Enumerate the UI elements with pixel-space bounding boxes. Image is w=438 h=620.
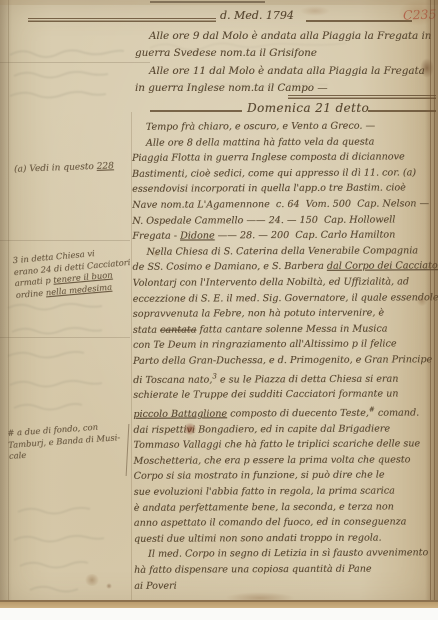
entry-english-frigate: Alle ore 11 dal Molo è andata alla Piagg…	[135, 63, 435, 97]
manuscript-line: stata cantata fatta cantare solenne Mess…	[133, 321, 433, 338]
page-fold-line	[131, 112, 132, 606]
header-rule-left	[28, 18, 216, 22]
gutter-crease	[8, 0, 9, 608]
manuscript-line: hà fatto dispensare una copiosa quantità…	[134, 561, 434, 578]
margin-note-bracket	[126, 424, 130, 476]
margin-ghost-rule	[0, 337, 130, 338]
gutter-shadow	[0, 0, 12, 608]
manuscript-line: Fregata - Didone —— 28. — 200 Cap. Carlo…	[132, 227, 432, 244]
manuscript-line: Alle ore 9 dal Molo è andata alla Piaggi…	[135, 28, 435, 45]
manuscript-line: Nella Chiesa di S. Caterina della Venera…	[132, 243, 432, 260]
entry-swedish-frigate: Alle ore 9 dal Molo è andata alla Piaggi…	[135, 28, 435, 62]
heading-dash-left	[150, 110, 242, 112]
manuscript-line: guerra Svedese nom.ta il Grisifone	[135, 45, 435, 62]
manuscript-line: Tommaso Vallaggi che hà fatto le triplic…	[133, 436, 433, 453]
heading-rule-above	[288, 95, 436, 99]
manuscript-line: ai Poveri	[134, 577, 434, 594]
manuscript-line: Moschetteria, che era p essere la prima …	[134, 452, 434, 469]
manuscript-line: eccezzione di S. E. il med. Sig. Governa…	[133, 290, 433, 307]
manuscript-body: Tempo frà chiaro, e oscuro, e Vento a Gr…	[132, 118, 434, 594]
manuscript-line: schierate le Truppe dei sudditi Cacciato…	[133, 386, 433, 403]
manuscript-line: Nave nom.ta L'Agamennone c. 64 Vom. 500 …	[132, 196, 432, 213]
previous-page-edge	[150, 1, 265, 3]
header-rule-right	[306, 20, 412, 22]
stain	[106, 583, 112, 589]
manuscript-line: con Te Deum in ringraziamento all'Altiss…	[133, 337, 433, 354]
manuscript-line: è andata perfettamente bene, la seconda,…	[134, 499, 434, 516]
header-date: d. Med. 1794	[220, 9, 294, 22]
stain	[183, 423, 197, 435]
stain	[152, 250, 160, 258]
scanned-page: d. Med. 1794 C235 Alle ore 9 dal Molo è …	[0, 0, 438, 620]
manuscript-line: de SS. Cosimo e Damiano, e S. Barbera da…	[132, 259, 432, 276]
section-heading: Domenica 21 detto	[247, 101, 369, 115]
manuscript-line: anno aspettato il comando del fuoco, ed …	[134, 514, 434, 531]
manuscript-line: Il med. Corpo in segno di Letizia in sì …	[134, 546, 434, 563]
manuscript-line: dai rispettivi Bongadiero, ed in capite …	[133, 421, 433, 438]
manuscript-line: Alle ore 8 della mattina hà fatto vela d…	[132, 134, 432, 151]
manuscript-line: Tempo frà chiaro, e oscuro, e Vento a Gr…	[132, 118, 432, 135]
margin-note-a: (a) Vedi in questo 228	[14, 161, 114, 176]
manuscript-line: Corpo si sia mostrato in funzione, si pu…	[134, 468, 434, 485]
manuscript-line: N. Ospedale Cammello —— 24. — 150 Cap. H…	[132, 212, 432, 229]
manuscript-line: sopravvenuta la Febre, non hà potuto int…	[133, 305, 433, 322]
manuscript-line: sue evoluzioni l'abbia fatto in regola, …	[134, 483, 434, 500]
manuscript-line: essendovisi incorporati in quella l'app.…	[132, 181, 432, 198]
manuscript-line: (a) Vedi in questo 228	[14, 161, 114, 176]
margin-ghost-rule	[0, 62, 150, 63]
page-stack-edge	[425, 0, 438, 608]
manuscript-line: di Toscana nato,3 e su le Piazza di dett…	[133, 368, 433, 388]
manuscript-line: Parto della Gran-Duchessa, e d. Primogen…	[133, 352, 433, 369]
manuscript-line: Volontarj con l'Intervento della Nobiltà…	[133, 274, 433, 291]
manuscript-line: Bastimenti, cioè sedici, come qui appres…	[132, 165, 432, 182]
manuscript-line: Piaggia Flotta in guerra Inglese compost…	[132, 149, 432, 166]
stain	[84, 574, 100, 586]
manuscript-line: Alle ore 11 dal Molo è andata alla Piagg…	[135, 63, 435, 80]
margin-note-hash: # a due di fondo, conTamburj, e Banda di…	[7, 420, 121, 462]
margin-note-3: 3 in detta Chiesa vierano 24 di detti Ca…	[12, 245, 133, 301]
manuscript-line: questi due ultimi non sono andati troppo…	[134, 530, 434, 547]
stain	[300, 6, 330, 16]
margin-ghost-rule	[0, 240, 130, 241]
manuscript-line: piccolo Battaglione composto di duecento…	[133, 402, 433, 422]
page-bottom-edge	[0, 600, 438, 608]
manuscript-page: d. Med. 1794 C235 Alle ore 9 dal Molo è …	[0, 0, 438, 608]
